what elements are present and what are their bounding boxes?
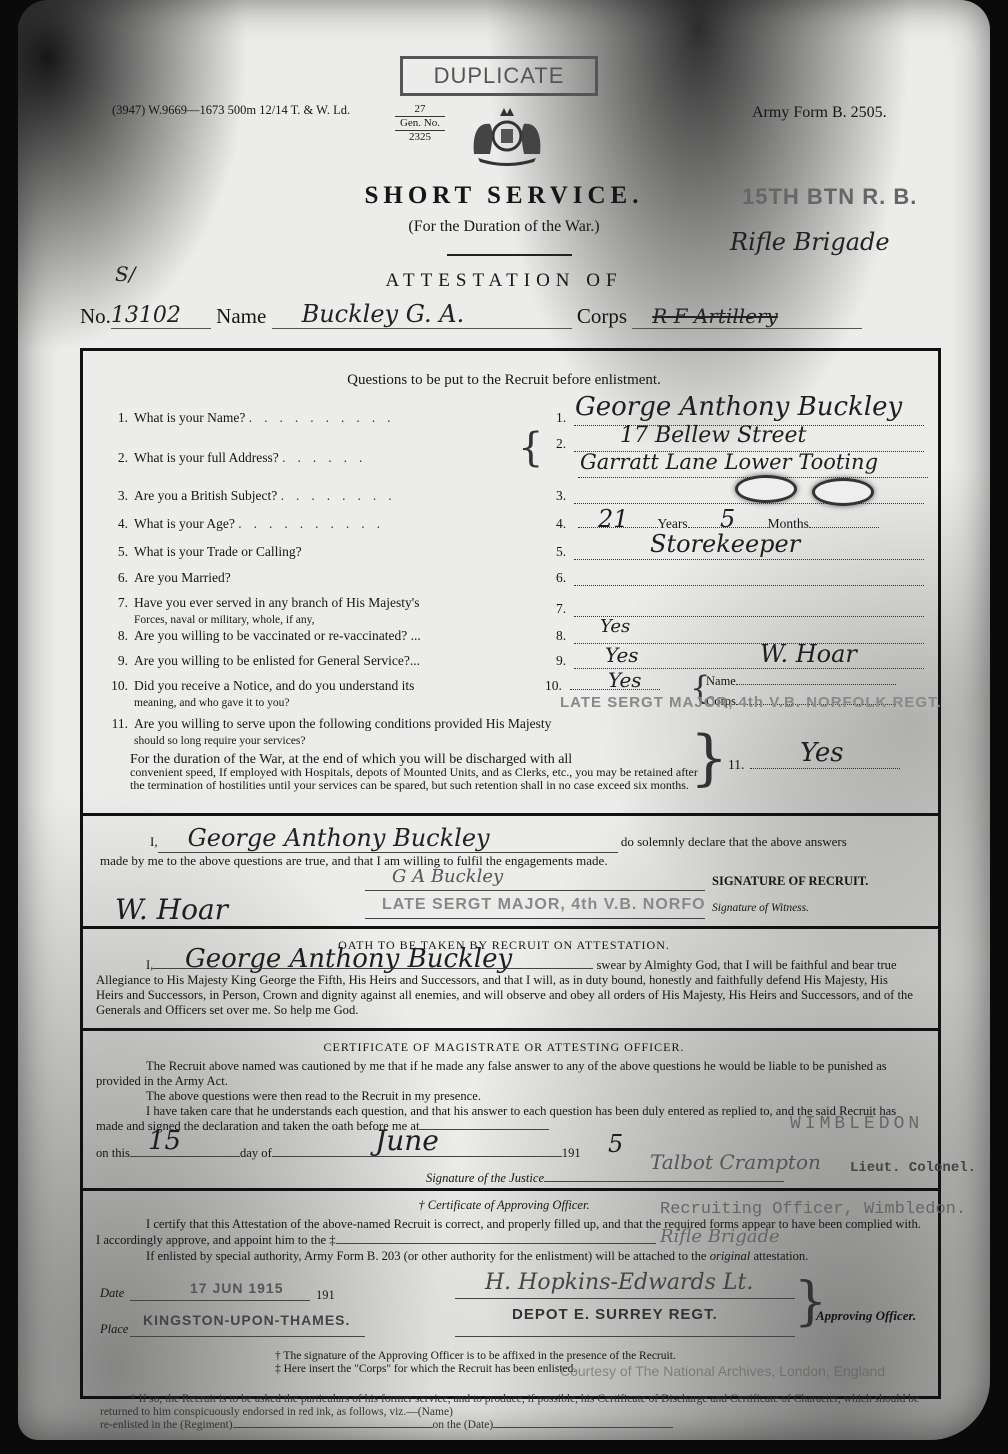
- witness-signature-line: [365, 918, 705, 919]
- attest-year-digit: 5: [608, 1130, 623, 1158]
- place-stamp: WIMBLEDON: [790, 1114, 923, 1134]
- approving-officer-label: Approving Officer.: [816, 1308, 916, 1324]
- gen-no-top: 27: [395, 103, 445, 116]
- form-number: Army Form B. 2505.: [752, 104, 887, 122]
- attest-month: June: [375, 1124, 439, 1157]
- gen-no-bottom: 2325: [395, 131, 445, 144]
- approving-text: I certify that this Attestation of the a…: [96, 1216, 921, 1264]
- service-number: 13102: [111, 303, 211, 329]
- no-label: No.: [80, 304, 111, 328]
- archive-watermark: Courtesy of The National Archives, Londo…: [560, 1363, 885, 1379]
- appointed-corps: Rifle Brigade: [660, 1226, 780, 1247]
- service-conditions: For the duration of the War, at the end …: [130, 753, 700, 792]
- answer-10: Yes: [608, 668, 642, 692]
- recruit-surname: Buckley G. A.: [272, 300, 572, 329]
- question-8: 8.Are you willing to be vaccinated or re…: [106, 628, 421, 644]
- declaration-name: George Anthony Buckley: [158, 824, 618, 853]
- officer-stamp-line: [455, 1336, 795, 1337]
- answer-row-3: 3.: [556, 488, 924, 504]
- question-4: 4.What is your Age? ..........: [106, 516, 392, 532]
- date-suffix: 191: [316, 1288, 335, 1303]
- question-5: 5.What is your Trade or Calling?: [106, 544, 302, 560]
- justice-signature: Talbot Crampton: [650, 1150, 821, 1174]
- title-rule: [447, 254, 572, 256]
- gen-no-label: Gen. No.: [395, 116, 445, 131]
- question-10: 10.Did you receive a Notice, and do you …: [106, 678, 414, 710]
- question-3: 3.Are you a British Subject? ........: [106, 488, 404, 504]
- notice-giver-signature: W. Hoar: [760, 640, 857, 668]
- answer-11: Yes: [800, 738, 844, 768]
- witness-corps-stamp: LATE SERGT MAJOR, 4th V.B. NORFOLK REGT.: [560, 694, 942, 711]
- witness-stamp: LATE SERGT MAJOR, 4th V.B. NORFO: [382, 896, 706, 914]
- answer-4-months: 5: [720, 505, 735, 533]
- service-prefix: S/: [115, 262, 135, 286]
- witness-signature: W. Hoar: [115, 893, 228, 926]
- notice-name-field: Name: [706, 674, 896, 689]
- date-stamp: 17 JUN 1915: [190, 1280, 284, 1296]
- footer-note: * If so, the Recruit is to be asked the …: [100, 1393, 930, 1432]
- question-2: 2.What is your full Address? ......: [106, 450, 374, 466]
- answer-4-years: 21: [598, 505, 629, 533]
- place-label: Place: [100, 1322, 128, 1337]
- answer-5-trade: Storekeeper: [650, 530, 800, 558]
- questions-heading: Questions to be put to the Recruit befor…: [0, 372, 1008, 389]
- recruit-signature-line: [365, 890, 705, 891]
- brace: {: [518, 428, 543, 468]
- answer-row-10: 10.: [545, 678, 660, 694]
- answer-1-name: George Anthony Buckley: [575, 392, 902, 422]
- attestation-heading: ATTESTATION OF: [0, 270, 1008, 292]
- officer-signature-line: [455, 1298, 795, 1299]
- answer-8: Yes: [600, 616, 630, 637]
- print-code: (3947) W.9669—1673 500m 12/14 T. & W. Ld…: [112, 103, 350, 118]
- question-1: 1.What is your Name? ..........: [106, 410, 402, 426]
- date-label: Date: [100, 1286, 124, 1301]
- recruit-signature: G A Buckley: [392, 866, 503, 887]
- duplicate-stamp: DUPLICATE: [400, 56, 598, 96]
- answer-row-7: 7.: [556, 601, 924, 617]
- question-11: 11.Are you willing to serve upon the fol…: [106, 716, 551, 748]
- coat-of-arms-icon: [468, 104, 546, 166]
- handwritten-unit: Rifle Brigade: [730, 228, 890, 256]
- identity-row: No.13102 Name Buckley G. A. Corps R F Ar…: [80, 300, 862, 329]
- place-line: [130, 1336, 365, 1337]
- justice-rank: Lieut. Colonel.: [850, 1160, 976, 1176]
- section-divider: [80, 1188, 938, 1191]
- answer-row-6: 6.: [556, 570, 924, 586]
- date-line: [130, 1300, 310, 1301]
- question-7: 7.Have you ever served in any branch of …: [106, 595, 419, 627]
- brace: }: [690, 738, 728, 778]
- question-9: 9.Are you willing to be enlisted for Gen…: [106, 653, 420, 669]
- attest-day: 15: [148, 1126, 181, 1156]
- section-divider: [80, 1028, 938, 1031]
- section-divider: [80, 926, 938, 929]
- oath-text: I, swear by Almighty God, that I will be…: [96, 958, 916, 1018]
- question-6: 6.Are you Married?: [106, 570, 231, 586]
- depot-stamp: DEPOT E. SURREY REGT.: [512, 1306, 718, 1323]
- recruit-signature-label: SIGNATURE OF RECRUIT.: [712, 874, 868, 889]
- answer-2-line1: 17 Bellew Street: [620, 423, 806, 448]
- battalion-stamp: 15TH BTN R. B.: [742, 184, 917, 210]
- corps-struck-value: R F Artillery: [632, 304, 862, 329]
- declaration: I,George Anthony Buckley do solemnly dec…: [100, 824, 920, 869]
- certificate-heading: CERTIFICATE OF MAGISTRATE OR ATTESTING O…: [0, 1040, 1008, 1055]
- section-divider: [80, 813, 938, 816]
- gen-no: 27 Gen. No. 2325: [395, 103, 445, 144]
- approving-officer-signature: H. Hopkins-Edwards Lt.: [485, 1270, 753, 1295]
- name-label: Name: [216, 304, 266, 328]
- place-stamp: KINGSTON-UPON-THAMES.: [143, 1312, 350, 1328]
- answer-2-line2: Garratt Lane Lower Tooting: [580, 450, 878, 474]
- answer-9: Yes: [605, 643, 639, 667]
- corps-label: Corps: [577, 304, 627, 328]
- witness-label: Signature of Witness.: [712, 902, 809, 914]
